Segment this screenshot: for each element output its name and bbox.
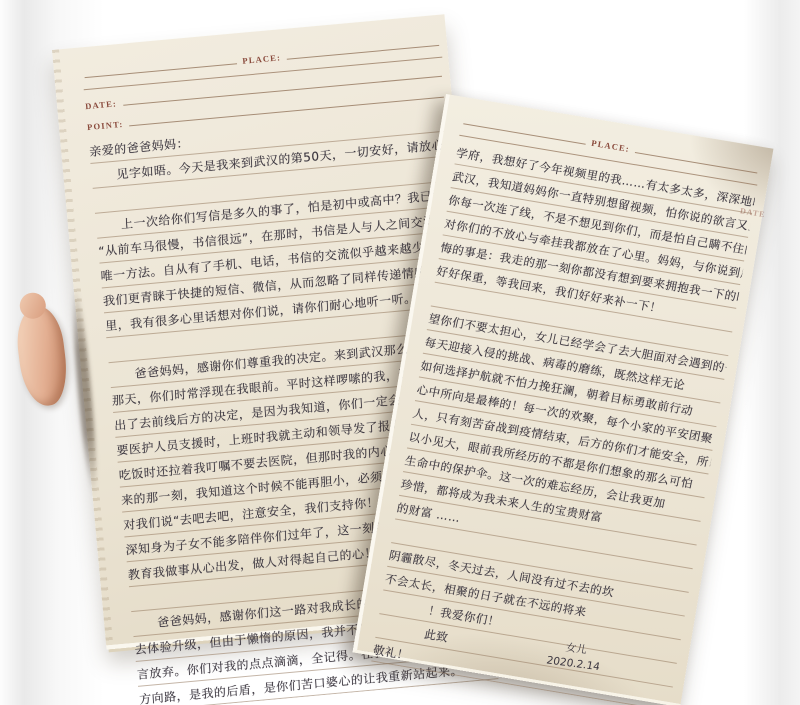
page-edge-shadow xyxy=(69,286,101,496)
point-label: POINT: xyxy=(87,119,124,134)
thumb-holding-page xyxy=(13,304,71,409)
photo-backdrop: PLACE: DATE: POINT: 亲爱的爸爸妈妈： 见字如晤。今天是我来到… xyxy=(0,0,800,705)
handwriting-lines-page2: 学府，我想好了今年视频里的我……有太多太多，深深地印在我的脑海武汉，我知道妈妈你… xyxy=(371,141,756,705)
